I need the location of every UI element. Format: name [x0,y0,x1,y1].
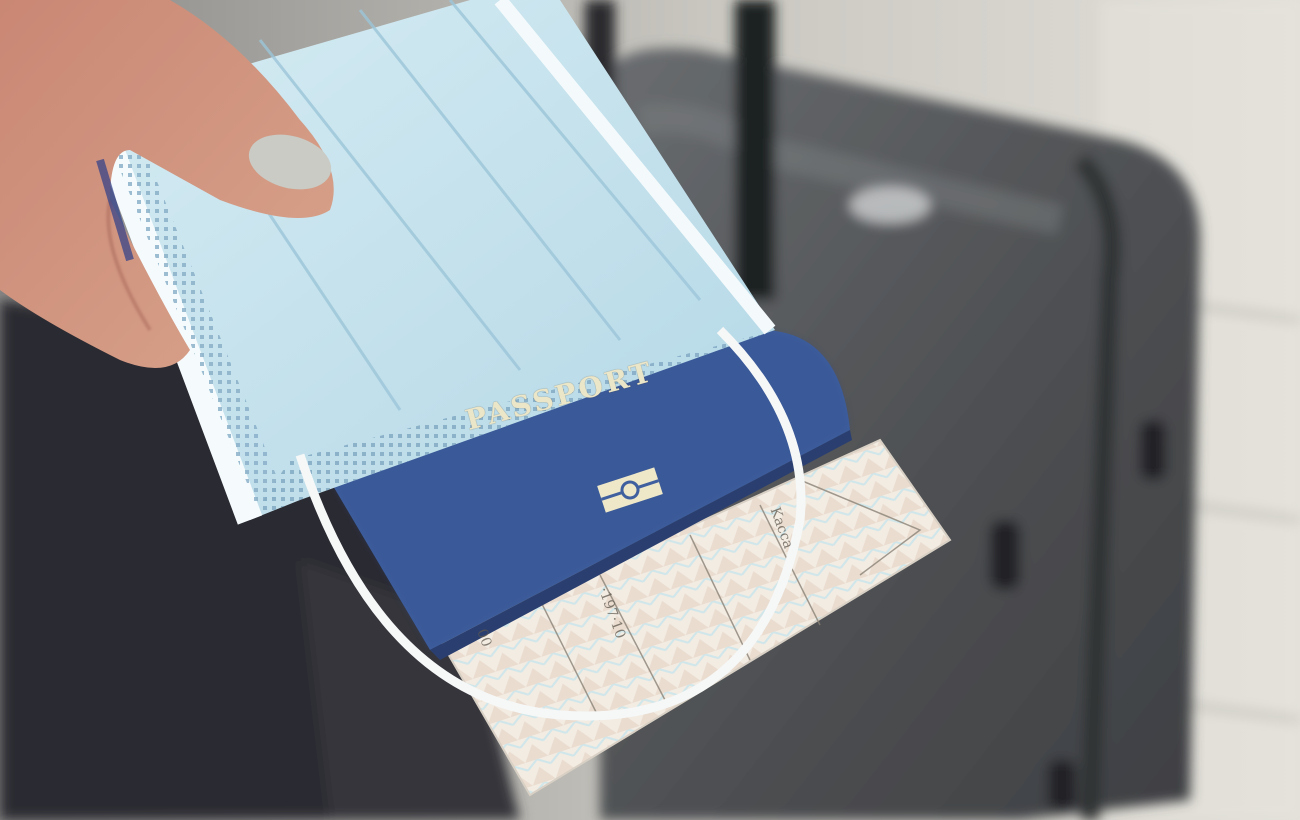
photo [0,0,1300,820]
photo-scene: PASSPORT ·197·10 Kacca 00 [0,0,1300,820]
